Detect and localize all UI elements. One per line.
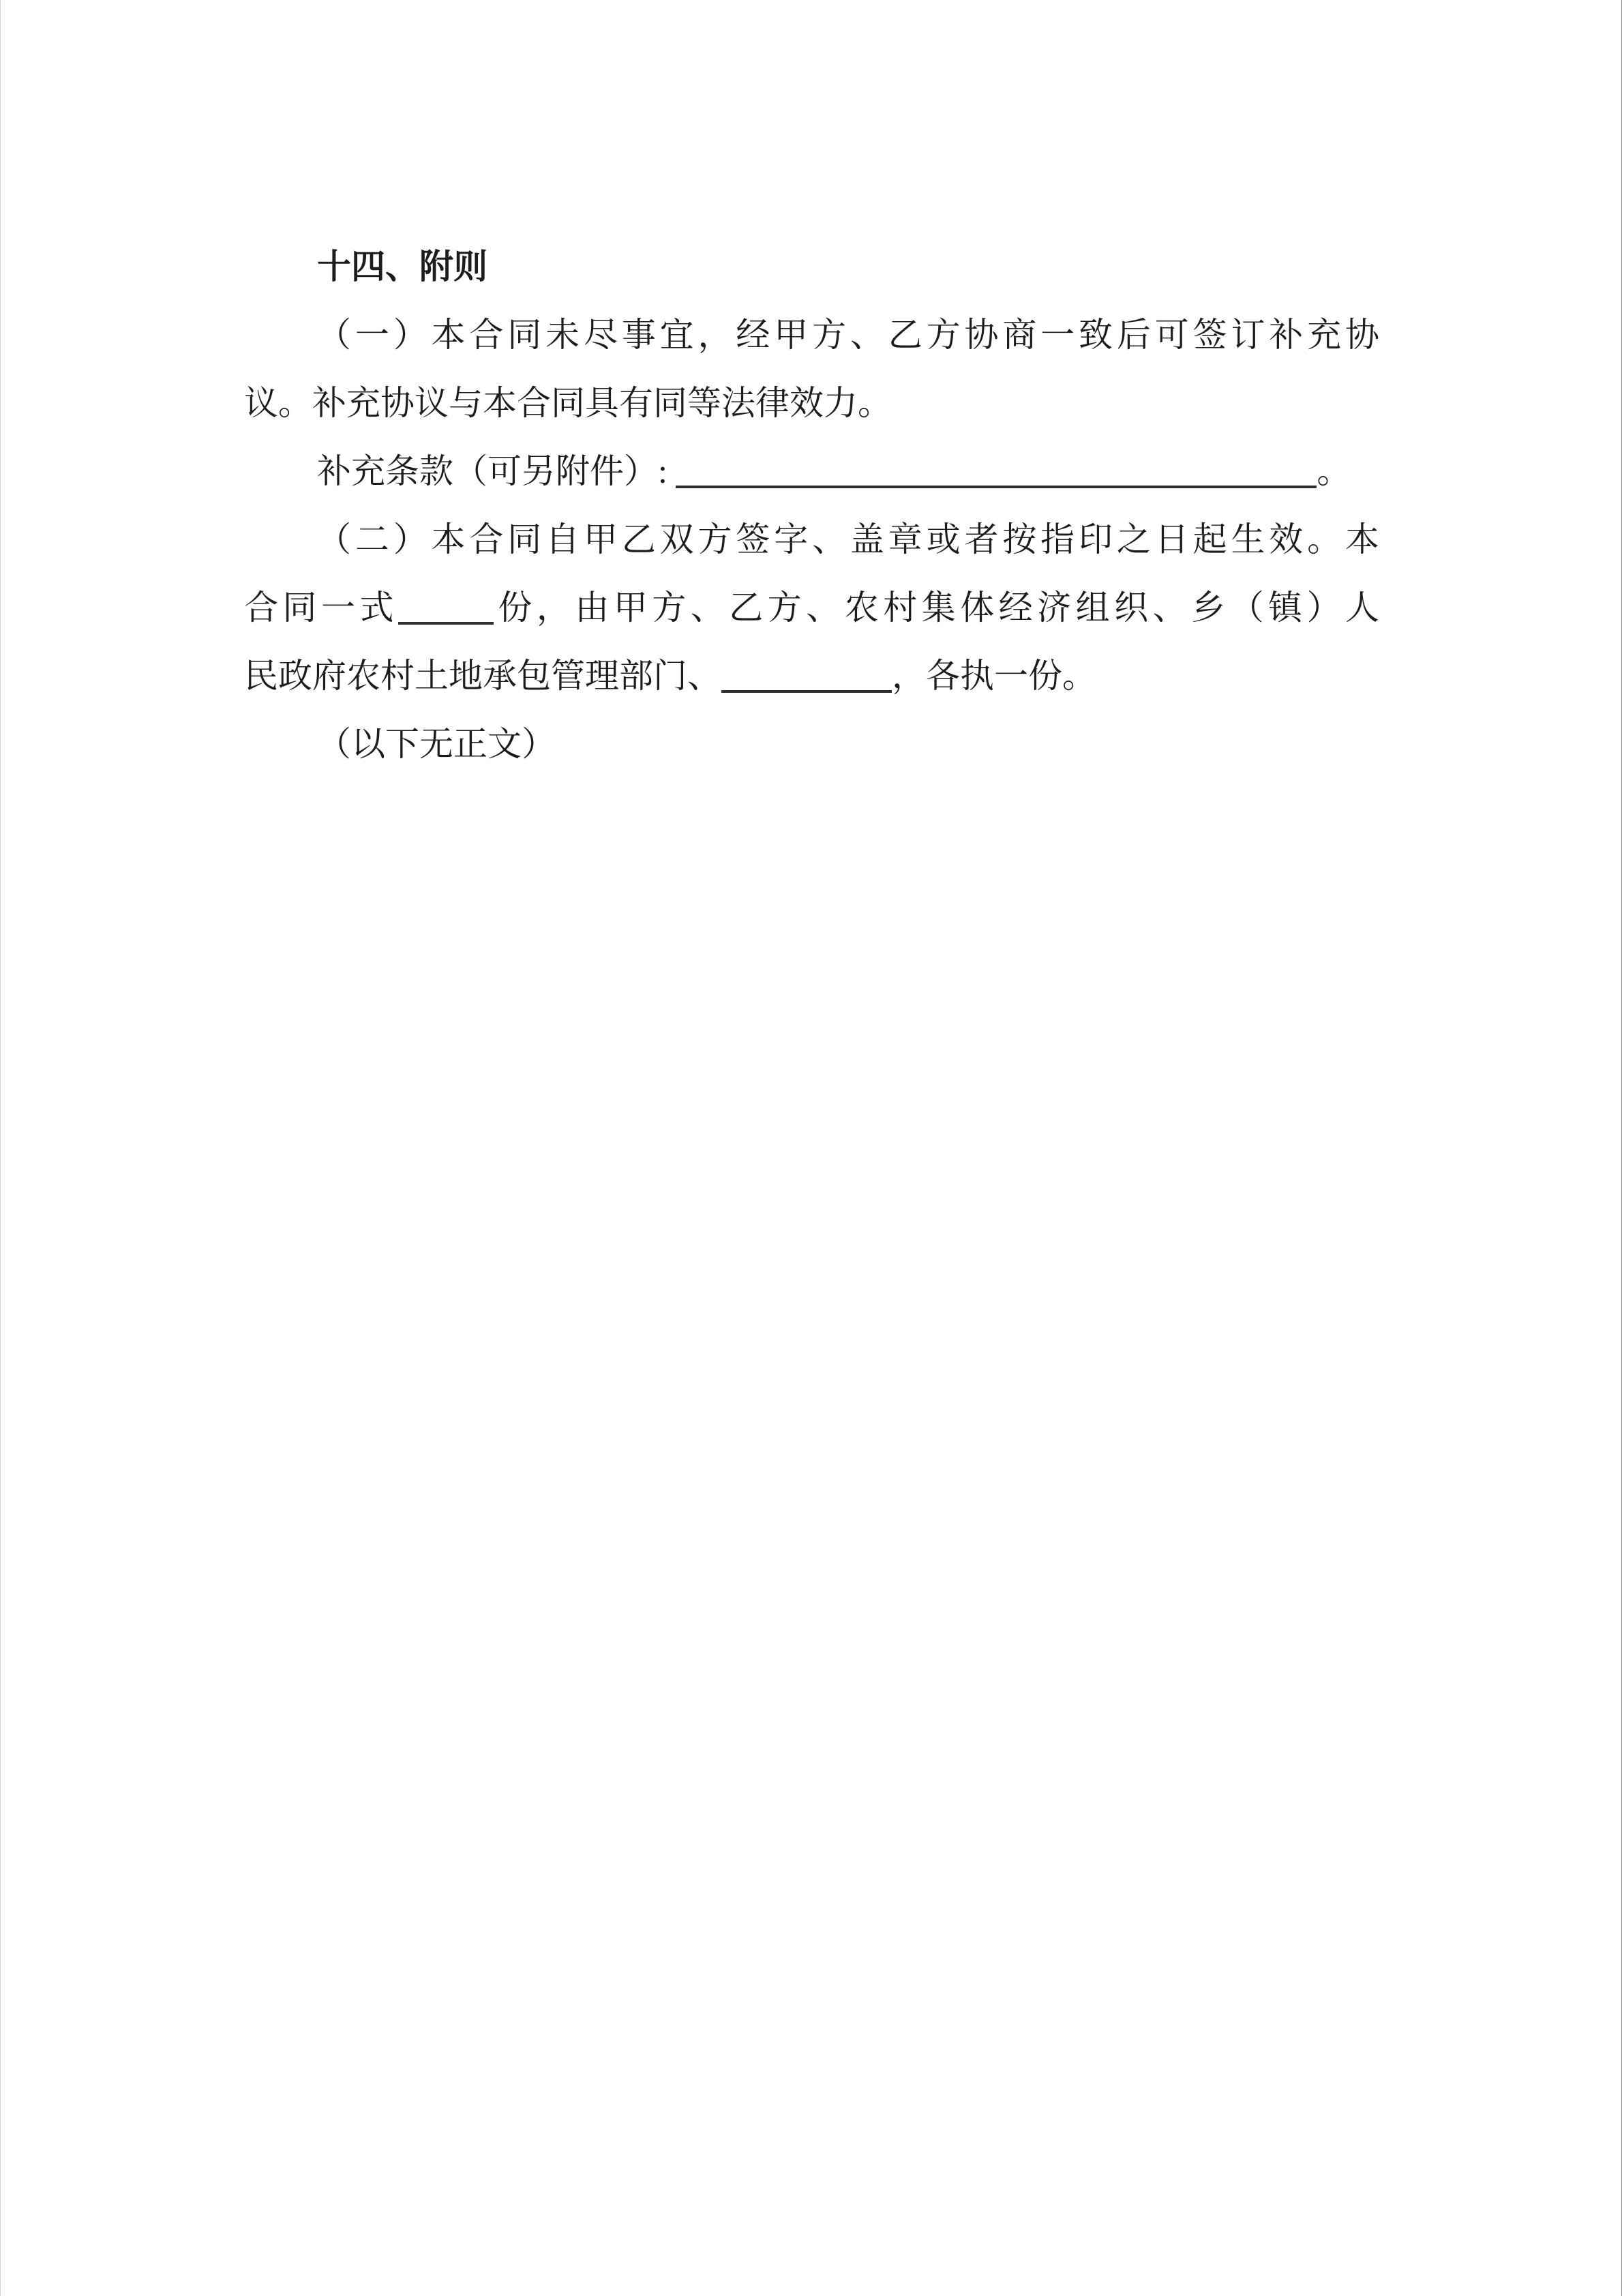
clause-2-line-2: 合同一式份，由甲方、乙方、农村集体经济组织、乡（镇）人 xyxy=(244,573,1379,642)
clause-2-line-1: （二）本合同自甲乙双方签字、盖章或者按指印之日起生效。本 xyxy=(244,505,1379,573)
text-run: 民政府农村土地承包管理部门、 xyxy=(244,657,721,695)
text-run: 合同一式 xyxy=(244,588,398,627)
document-text-block: 十四、附则（一）本合同未尽事宜，经甲方、乙方协商一致后可签订补充协议。补充协议与… xyxy=(244,233,1379,778)
contract-document-page: 十四、附则（一）本合同未尽事宜，经甲方、乙方协商一致后可签订补充协议。补充协议与… xyxy=(0,0,1622,2296)
text-run: 议。补充协议与本合同具有同等法律效力。 xyxy=(244,384,892,422)
blank-underline xyxy=(398,622,494,625)
blank-underline xyxy=(676,486,1317,488)
clause-1-line-1: （一）本合同未尽事宜，经甲方、乙方协商一致后可签订补充协 xyxy=(244,301,1379,369)
no-more-text-line: （以下无正文） xyxy=(244,710,1379,778)
text-run: 。 xyxy=(1317,452,1351,490)
text-run: 十四、附则 xyxy=(317,248,487,286)
text-run: （二）本合同自甲乙双方签字、盖章或者按指印之日起生效。本 xyxy=(317,520,1379,558)
section-heading: 十四、附则 xyxy=(244,233,1379,301)
text-run: 份，由甲方、乙方、农村集体经济组织、乡（镇）人 xyxy=(494,588,1379,627)
clause-2-line-3: 民政府农村土地承包管理部门、，各执一份。 xyxy=(244,642,1379,710)
blank-underline xyxy=(721,690,892,693)
supplementary-terms-line: 补充条款（可另附件）: 。 xyxy=(244,437,1379,505)
clause-1-line-2: 议。补充协议与本合同具有同等法律效力。 xyxy=(244,369,1379,437)
text-run: ，各执一份。 xyxy=(892,657,1096,695)
text-run: （一）本合同未尽事宜，经甲方、乙方协商一致后可签订补充协 xyxy=(317,316,1379,354)
text-run: （以下无正文） xyxy=(317,725,556,763)
text-run: 补充条款（可另附件）: xyxy=(317,452,676,490)
